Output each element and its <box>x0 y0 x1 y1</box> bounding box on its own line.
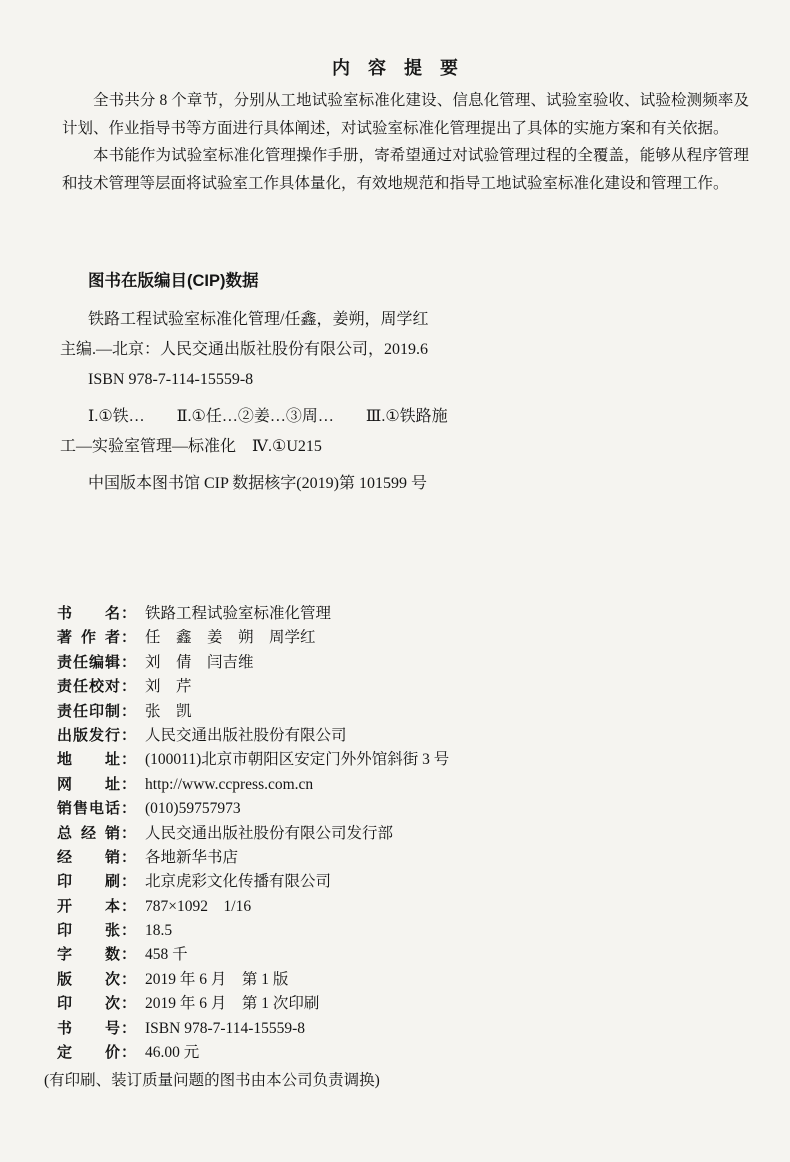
info-row-word-count: 字数 ： 458 千 <box>57 943 767 967</box>
cip-classification-group: Ⅰ.①铁… Ⅱ.①任…②姜…③周… Ⅲ.①铁路施 工—实验室管理—标准化 Ⅳ.①… <box>60 402 710 462</box>
info-row-price: 定价 ： 46.00 元 <box>57 1041 767 1065</box>
info-row-website: 网址 ： http://www.ccpress.com.cn <box>57 773 767 797</box>
info-label: 著作者 <box>57 626 120 650</box>
info-value: 人民交通出版社股份有限公司发行部 <box>145 822 393 846</box>
cip-isbn-line: ISBN 978-7-114-15559-8 <box>60 365 710 395</box>
quality-exchange-note: (有印刷、装订质量问题的图书由本公司负责调换) <box>44 1068 380 1090</box>
summary-body: 全书共分 8 个章节，分别从工地试验室标准化建设、信息化管理、试验室验收、试验检… <box>62 87 749 197</box>
info-label: 定价 <box>57 1041 120 1065</box>
info-label: 责任印制 <box>57 700 120 724</box>
info-value: ISBN 978-7-114-15559-8 <box>145 1017 305 1041</box>
info-label: 网址 <box>57 773 120 797</box>
info-row-authors: 著作者 ： 任 鑫 姜 朔 周学红 <box>57 626 767 650</box>
info-row-sales-phone: 销售电话 ： (010)59757973 <box>57 797 767 821</box>
info-value: 铁路工程试验室标准化管理 <box>145 602 331 626</box>
info-label: 出版发行 <box>57 724 120 748</box>
info-label: 书名 <box>57 602 120 626</box>
info-value: 458 千 <box>145 943 188 967</box>
info-label: 销售电话 <box>57 797 120 821</box>
info-value: 2019 年 6 月 第 1 次印刷 <box>145 992 319 1016</box>
info-colon: ： <box>121 968 136 992</box>
info-row-proofreader: 责任校对 ： 刘 芹 <box>57 675 767 699</box>
info-label: 印张 <box>57 919 120 943</box>
info-row-distributor: 经销 ： 各地新华书店 <box>57 846 767 870</box>
info-row-edition: 版次 ： 2019 年 6 月 第 1 版 <box>57 968 767 992</box>
info-colon: ： <box>121 919 136 943</box>
info-colon: ： <box>121 1041 136 1065</box>
info-label: 总经销 <box>57 822 120 846</box>
info-colon: ： <box>121 675 136 699</box>
info-value: 人民交通出版社股份有限公司 <box>145 724 347 748</box>
info-row-format: 开本 ： 787×1092 1/16 <box>57 895 767 919</box>
info-value: 2019 年 6 月 第 1 版 <box>145 968 288 992</box>
info-value: 北京虎彩文化传播有限公司 <box>145 870 331 894</box>
info-label: 印次 <box>57 992 120 1016</box>
info-colon: ： <box>121 797 136 821</box>
cip-title-line-2: 主编.—北京：人民交通出版社股份有限公司，2019.6 <box>60 335 710 365</box>
info-colon: ： <box>121 895 136 919</box>
cip-block: 图书在版编目(CIP)数据 铁路工程试验室标准化管理/任鑫，姜朔，周学红 主编.… <box>60 266 710 506</box>
info-label: 责任编辑 <box>57 651 120 675</box>
info-value: 各地新华书店 <box>145 846 238 870</box>
info-row-publisher: 出版发行 ： 人民交通出版社股份有限公司 <box>57 724 767 748</box>
info-colon: ： <box>121 943 136 967</box>
info-row-title: 书名 ： 铁路工程试验室标准化管理 <box>57 602 767 626</box>
summary-title: 内 容 提 要 <box>0 54 790 80</box>
info-colon: ： <box>121 724 136 748</box>
info-value: 787×1092 1/16 <box>145 895 251 919</box>
cip-title-line-1: 铁路工程试验室标准化管理/任鑫，姜朔，周学红 <box>60 305 710 335</box>
cip-record-group: 中国版本图书馆 CIP 数据核字(2019)第 101599 号 <box>60 469 710 499</box>
info-colon: ： <box>121 700 136 724</box>
info-value: 刘 倩 闫吉维 <box>145 651 254 675</box>
info-value: 18.5 <box>145 919 172 943</box>
info-label: 开本 <box>57 895 120 919</box>
info-value: (100011)北京市朝阳区安定门外外馆斜街 3 号 <box>145 748 449 772</box>
info-value: http://www.ccpress.com.cn <box>145 773 313 797</box>
info-colon: ： <box>121 846 136 870</box>
publication-info-list: 书名 ： 铁路工程试验室标准化管理 著作者 ： 任 鑫 姜 朔 周学红 责任编辑… <box>57 602 767 1065</box>
info-colon: ： <box>121 822 136 846</box>
info-label: 责任校对 <box>57 675 120 699</box>
cip-record-line: 中国版本图书馆 CIP 数据核字(2019)第 101599 号 <box>60 469 710 499</box>
info-label: 地址 <box>57 748 120 772</box>
info-value: 张 凯 <box>145 700 192 724</box>
info-row-printer: 印刷 ： 北京虎彩文化传播有限公司 <box>57 870 767 894</box>
info-value: (010)59757973 <box>145 797 241 821</box>
cip-header: 图书在版编目(CIP)数据 <box>88 266 710 296</box>
info-label: 书号 <box>57 1017 120 1041</box>
info-colon: ： <box>121 626 136 650</box>
info-label: 经销 <box>57 846 120 870</box>
cip-class-line-2: 工—实验室管理—标准化 Ⅳ.①U215 <box>60 432 710 462</box>
info-colon: ： <box>121 748 136 772</box>
info-label: 字数 <box>57 943 120 967</box>
info-row-impression: 印次 ： 2019 年 6 月 第 1 次印刷 <box>57 992 767 1016</box>
cip-title-group: 铁路工程试验室标准化管理/任鑫，姜朔，周学红 主编.—北京：人民交通出版社股份有… <box>60 305 710 395</box>
book-copyright-page: 内 容 提 要 全书共分 8 个章节，分别从工地试验室标准化建设、信息化管理、试… <box>0 0 790 1162</box>
info-colon: ： <box>121 602 136 626</box>
info-label: 版次 <box>57 968 120 992</box>
info-colon: ： <box>121 773 136 797</box>
info-row-print-supervisor: 责任印制 ： 张 凯 <box>57 700 767 724</box>
info-colon: ： <box>121 870 136 894</box>
info-row-general-distributor: 总经销 ： 人民交通出版社股份有限公司发行部 <box>57 822 767 846</box>
info-value: 46.00 元 <box>145 1041 199 1065</box>
summary-paragraph-1: 全书共分 8 个章节，分别从工地试验室标准化建设、信息化管理、试验室验收、试验检… <box>62 87 749 142</box>
info-row-isbn: 书号 ： ISBN 978-7-114-15559-8 <box>57 1017 767 1041</box>
summary-paragraph-2: 本书能作为试验室标准化管理操作手册，寄希望通过对试验管理过程的全覆盖，能够从程序… <box>62 142 749 197</box>
info-colon: ： <box>121 651 136 675</box>
info-colon: ： <box>121 992 136 1016</box>
info-row-editor: 责任编辑 ： 刘 倩 闫吉维 <box>57 651 767 675</box>
info-row-sheets: 印张 ： 18.5 <box>57 919 767 943</box>
info-colon: ： <box>121 1017 136 1041</box>
cip-class-line-1: Ⅰ.①铁… Ⅱ.①任…②姜…③周… Ⅲ.①铁路施 <box>60 402 710 432</box>
info-value: 刘 芹 <box>145 675 192 699</box>
info-value: 任 鑫 姜 朔 周学红 <box>145 626 316 650</box>
info-row-address: 地址 ： (100011)北京市朝阳区安定门外外馆斜街 3 号 <box>57 748 767 772</box>
info-label: 印刷 <box>57 870 120 894</box>
